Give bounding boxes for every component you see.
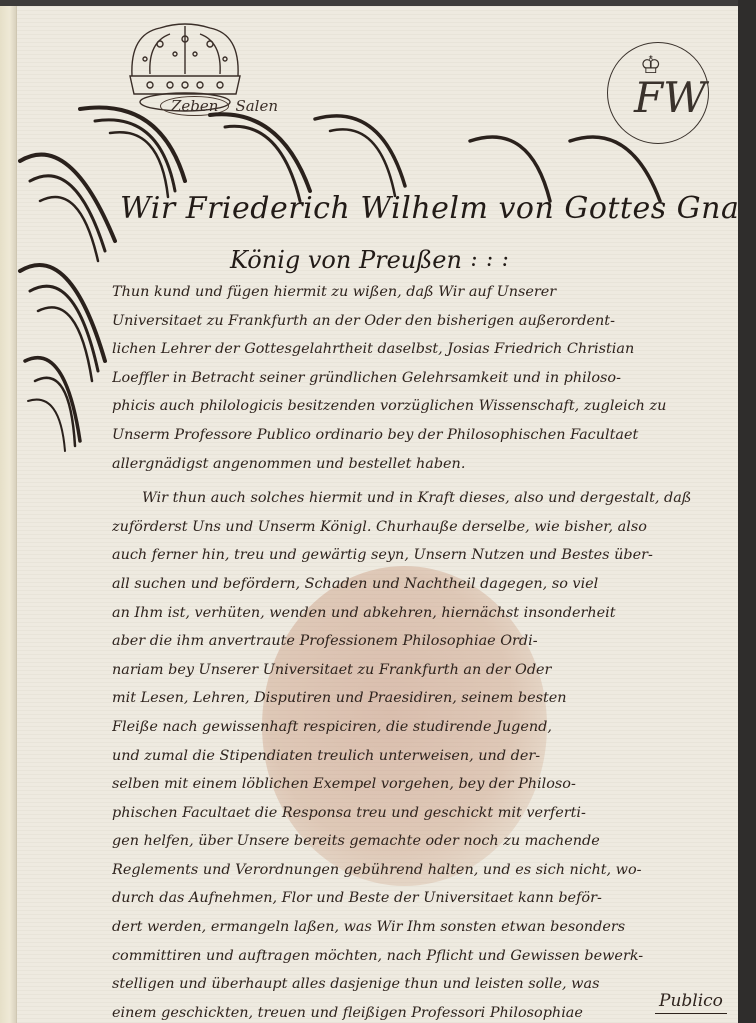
text-line: zuförderst Uns und Unserm Königl. Churha… [112, 513, 722, 542]
text-line: Loeffler in Betracht seiner gründlichen … [112, 364, 722, 393]
text-line: lichen Lehrer der Gottesgelahrtheit dase… [112, 335, 722, 364]
text-line: mit Lesen, Lehren, Disputiren und Praesi… [112, 684, 722, 713]
text-line: stelligen und überhaupt alles dasjenige … [112, 970, 722, 999]
closing-word: Publico [655, 991, 727, 1014]
document-subheading: König von Preußen ꞉ ꞉ ꞉ [230, 246, 509, 275]
text-line: Wir thun auch solches hiermit und in Kra… [112, 484, 722, 513]
text-line: selben mit einem löblichen Exempel vorge… [112, 770, 722, 799]
text-line: Fleiße nach gewissenhaft respiciren, die… [112, 713, 722, 742]
text-line: auch ferner hin, treu und gewärtig seyn,… [112, 541, 722, 570]
text-line: phicis auch philologicis besitzenden vor… [112, 392, 722, 421]
text-line: durch das Aufnehmen, Flor und Beste der … [112, 884, 722, 913]
text-line: Thun kund und fügen hiermit zu wißen, da… [112, 278, 722, 307]
text-line: phischen Facultaet die Responsa treu und… [112, 799, 722, 828]
text-line: aber die ihm anvertraute Professionem Ph… [112, 627, 722, 656]
scan-background-edge [738, 0, 756, 1023]
paragraph-1: Thun kund und fügen hiermit zu wißen, da… [112, 278, 722, 478]
text-line: Unserm Professore Publico ordinario bey … [112, 421, 722, 450]
text-line: Universitaet zu Frankfurth an der Oder d… [112, 307, 722, 336]
text-line: all suchen und befördern, Schaden und Na… [112, 570, 722, 599]
text-line: dert werden, ermangeln laßen, was Wir Ih… [112, 913, 722, 942]
text-line: committiren und auftragen möchten, nach … [112, 942, 722, 971]
text-line: allergnädigst angenommen und bestellet h… [112, 450, 722, 479]
document-body: Thun kund und fügen hiermit zu wißen, da… [112, 278, 722, 1023]
text-line: nariam bey Unserer Universitaet zu Frank… [112, 656, 722, 685]
text-line: an Ihm ist, verhüten, wenden und abkehre… [112, 599, 722, 628]
document-heading: Wir Friederich Wilhelm von Gottes Gnaden [120, 191, 720, 226]
text-line: einem geschickten, treuen und fleißigen … [112, 999, 722, 1023]
text-line: Reglements und Verordnungen gebührend ha… [112, 856, 722, 885]
text-line: gen helfen, über Unsere bereits gemachte… [112, 827, 722, 856]
manuscript-page: ZebenSalen ♔ FW Wir Friederich Wilhe [0, 6, 738, 1023]
text-line: und zumal die Stipendiaten treulich unte… [112, 742, 722, 771]
paragraph-2: Wir thun auch solches hiermit und in Kra… [112, 484, 722, 1023]
